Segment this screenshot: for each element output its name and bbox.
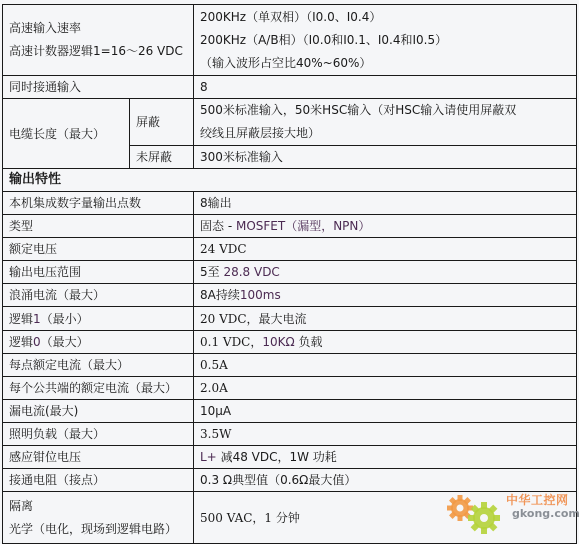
label-text: （最小） — [41, 312, 89, 326]
value-cell: 8输出 — [194, 192, 577, 215]
label-cell: 照明负载（最大） — [3, 423, 194, 446]
value-cell: 24 VDC — [194, 238, 577, 261]
table-row: 逻辑0（最大） 0.1 VDC，10KΩ 负载 — [3, 331, 577, 354]
section-header-output: 输出特性 — [3, 169, 577, 192]
label-cell: 类型 — [3, 215, 194, 238]
row-isolation: 隔离 光学（电化，现场到逻辑电路） 500 VAC，1 分钟 — [3, 492, 577, 544]
label-cell: 逻辑0（最大） — [3, 331, 194, 354]
value-line: 200KHz（单双相）（I0.0、I0.4） — [200, 6, 570, 29]
table-row: 漏电流(最大) 10μA — [3, 400, 577, 423]
table-row: 照明负载（最大） 3.5W — [3, 423, 577, 446]
value-cell: 200KHz（单双相）（I0.0、I0.4） 200KHz（A/B相）（I0.0… — [194, 5, 577, 76]
label-line: 高速计数器逻辑1=16～26 VDC — [9, 40, 187, 63]
value-cell: 20 VDC，最大电流 — [194, 307, 577, 331]
label-line: 光学（电化，现场到逻辑电路） — [9, 518, 187, 541]
value-cell: 2.0A — [194, 377, 577, 400]
value-cell: 8 — [194, 76, 577, 99]
value-cell: 0.5A — [194, 354, 577, 377]
label-line: 高速输入速率 — [9, 17, 187, 40]
table-row: 逻辑1（最小） 20 VDC，最大电流 — [3, 307, 577, 331]
value-text: 固态 - — [200, 219, 236, 233]
value-cell: 固态 - MOSFET（漏型，NPN） — [194, 215, 577, 238]
table-row: 感应钳位电压 L+ 减48 VDC，1W 功耗 — [3, 446, 577, 469]
label-cell: 额定电压 — [3, 238, 194, 261]
spec-table: 高速输入速率 高速计数器逻辑1=16～26 VDC 200KHz（单双相）（I0… — [2, 4, 577, 544]
row-cable-shielded: 电缆长度（最大） 屏蔽 500米标准输入，50米HSC输入（对HSC输入请使用屏… — [3, 99, 577, 146]
label-text-accent: 1 — [33, 312, 41, 326]
label-cell: 本机集成数字量输出点数 — [3, 192, 194, 215]
sublabel-cell: 未屏蔽 — [130, 146, 194, 169]
value-text-accent: 100ms — [240, 288, 281, 302]
value-cell: 3.5W — [194, 423, 577, 446]
value-line: 200KHz（A/B相）（I0.0和I0.1、I0.4和I0.5） — [200, 29, 570, 52]
label-text-accent: 0 — [33, 335, 41, 349]
label-cell: 高速输入速率 高速计数器逻辑1=16～26 VDC — [3, 5, 194, 76]
label-cell: 浪涌电流（最大） — [3, 284, 194, 307]
value-text: 负载 — [295, 335, 323, 349]
value-text: 8A持续 — [200, 288, 240, 302]
label-cell: 接通电阻（接点） — [3, 469, 194, 492]
section-title: 输出特性 — [3, 169, 577, 192]
label-cell: 每个公共端的额定电流（最大） — [3, 377, 194, 400]
table-row: 浪涌电流（最大） 8A持续100ms — [3, 284, 577, 307]
label-line: 隔离 — [9, 495, 187, 518]
label-cell: 隔离 光学（电化，现场到逻辑电路） — [3, 492, 194, 544]
table-row: 每点额定电流（最大） 0.5A — [3, 354, 577, 377]
table-row: 每个公共端的额定电流（最大） 2.0A — [3, 377, 577, 400]
label-cell: 感应钳位电压 — [3, 446, 194, 469]
value-text-accent: L+ — [200, 450, 217, 464]
value-cell: 10μA — [194, 400, 577, 423]
label-cell: 漏电流(最大) — [3, 400, 194, 423]
table-row: 输出电压范围 5至 28.8 VDC — [3, 261, 577, 284]
value-cell: 500 VAC，1 分钟 — [194, 492, 577, 544]
label-cell: 同时接通输入 — [3, 76, 194, 99]
label-cell: 输出电压范围 — [3, 261, 194, 284]
label-cell: 电缆长度（最大） — [3, 99, 130, 169]
table-row: 接通电阻（接点） 0.3 Ω典型值（0.6Ω最大值） — [3, 469, 577, 492]
value-line: （输入波形占空比40%~60%） — [200, 52, 570, 75]
value-text-accent: 10KΩ — [262, 335, 294, 349]
value-cell: 300米标准输入 — [194, 146, 577, 169]
label-cell: 每点额定电流（最大） — [3, 354, 194, 377]
row-high-speed-input: 高速输入速率 高速计数器逻辑1=16～26 VDC 200KHz（单双相）（I0… — [3, 5, 577, 76]
value-cell: L+ 减48 VDC，1W 功耗 — [194, 446, 577, 469]
table-row: 类型 固态 - MOSFET（漏型，NPN） — [3, 215, 577, 238]
value-cell: 500米标准输入，50米HSC输入（对HSC输入请使用屏蔽双 绞线且屏蔽层接大地… — [194, 99, 577, 146]
label-text: 逻辑 — [9, 312, 33, 326]
row-simultaneous-inputs: 同时接通输入 8 — [3, 76, 577, 99]
value-text: 0.1 VDC， — [200, 335, 262, 349]
value-text: 5至 — [200, 265, 223, 279]
sublabel-cell: 屏蔽 — [130, 99, 194, 146]
value-line: 绞线且屏蔽层接大地） — [200, 122, 570, 145]
value-text-accent: MOSFET（漏型，NPN） — [236, 219, 370, 233]
label-text: 逻辑 — [9, 335, 33, 349]
label-text: （最大） — [41, 335, 89, 349]
label-cell: 逻辑1（最小） — [3, 307, 194, 331]
value-cell: 8A持续100ms — [194, 284, 577, 307]
value-cell: 5至 28.8 VDC — [194, 261, 577, 284]
value-text: 减48 VDC，1W 功耗 — [217, 450, 337, 464]
table-row: 本机集成数字量输出点数 8输出 — [3, 192, 577, 215]
value-line: 500米标准输入，50米HSC输入（对HSC输入请使用屏蔽双 — [200, 99, 570, 122]
value-text-accent: 28.8 VDC — [223, 265, 279, 279]
value-cell: 0.3 Ω典型值（0.6Ω最大值） — [194, 469, 577, 492]
table-row: 额定电压 24 VDC — [3, 238, 577, 261]
value-cell: 0.1 VDC，10KΩ 负载 — [194, 331, 577, 354]
